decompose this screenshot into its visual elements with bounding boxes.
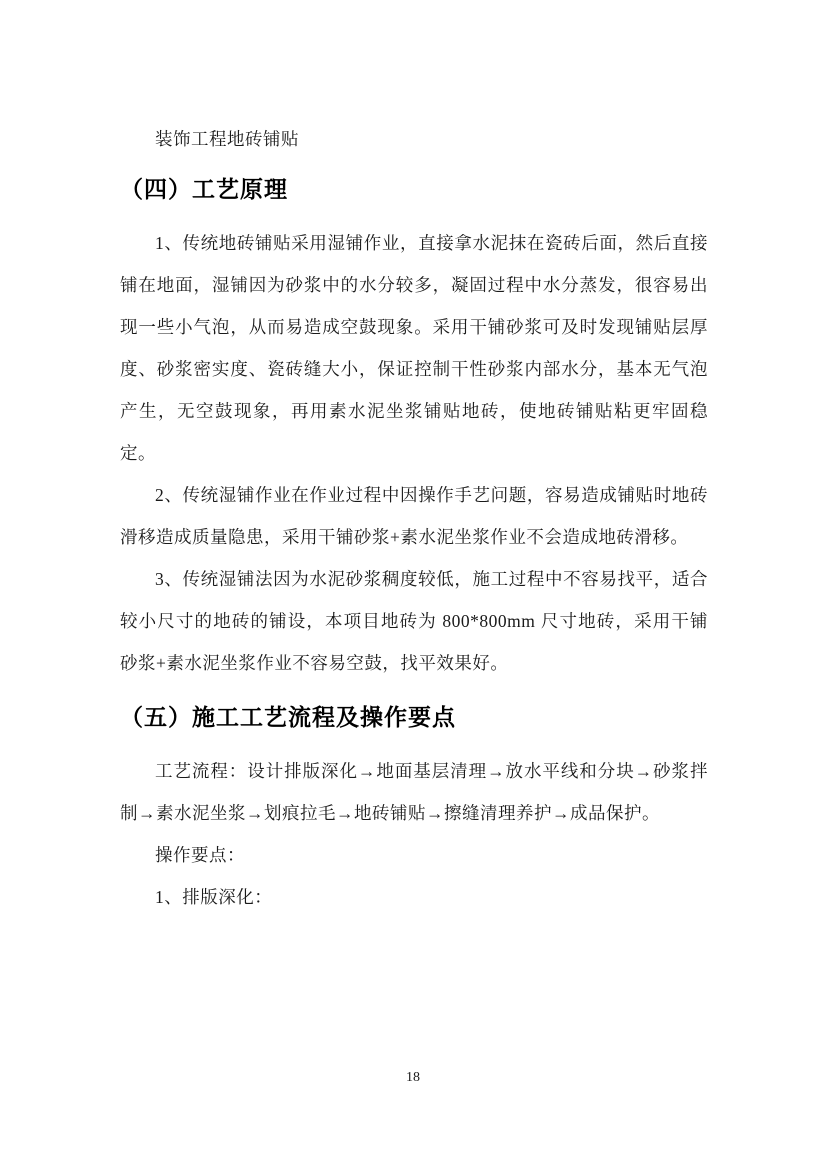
section-5-heading: （五）施工工艺流程及操作要点: [120, 700, 708, 734]
document-content: 装饰工程地砖铺贴 （四）工艺原理 1、传统地砖铺贴采用湿铺作业，直接拿水泥抹在瓷…: [120, 118, 708, 918]
page-number: 18: [0, 1068, 826, 1088]
document-page: 装饰工程地砖铺贴 （四）工艺原理 1、传统地砖铺贴采用湿铺作业，直接拿水泥抹在瓷…: [0, 0, 826, 1169]
section-5-point-1: 1、排版深化：: [120, 876, 708, 918]
section-5-points-label: 操作要点：: [120, 834, 708, 876]
section-4-paragraph-1: 1、传统地砖铺贴采用湿铺作业，直接拿水泥抹在瓷砖后面，然后直接铺在地面，湿铺因为…: [120, 222, 708, 474]
intro-line: 装饰工程地砖铺贴: [120, 118, 708, 160]
section-4-heading: （四）工艺原理: [120, 172, 708, 206]
section-5-flow-paragraph: 工艺流程：设计排版深化→地面基层清理→放水平线和分块→砂浆拌制→素水泥坐浆→划痕…: [120, 750, 708, 834]
section-4-paragraph-3: 3、传统湿铺法因为水泥砂浆稠度较低，施工过程中不容易找平，适合较小尺寸的地砖的铺…: [120, 558, 708, 684]
section-4-paragraph-2: 2、传统湿铺作业在作业过程中因操作手艺问题，容易造成铺贴时地砖滑移造成质量隐患，…: [120, 474, 708, 558]
